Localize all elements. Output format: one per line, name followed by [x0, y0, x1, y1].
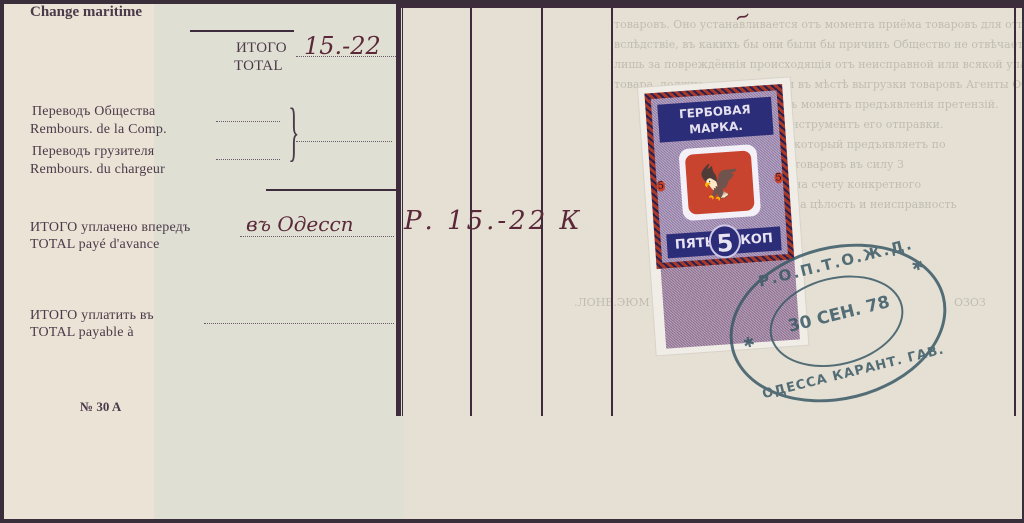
column-divider-main-thin: [402, 4, 403, 416]
stamp-title-banner: ГЕРБОВАЯ МАРКА.: [657, 97, 773, 143]
bleed-through-text: товаровъ. Оно устанавливается отъ момент…: [614, 18, 1022, 31]
stamp-denomination-unit: КОП: [740, 231, 774, 248]
stamp-side-value-left: 5: [657, 180, 666, 192]
reimbursement-company-ru: Переводъ Общества: [32, 104, 155, 120]
reimbursement-shipper-ru: Переводъ грузителя: [32, 144, 154, 160]
bleed-through-text: вслѣдствіе, въ какихъ бы они были бы при…: [614, 38, 1022, 51]
reimbursement-company-fr: Rembours. de la Comp.: [30, 122, 167, 138]
column-divider-right: [1014, 4, 1016, 416]
paid-advance-label-fr: TOTAL payé d'avance: [30, 237, 160, 253]
reimbursement-shipper-fr: Rembours. du chargeur: [30, 162, 165, 178]
column-divider: [611, 4, 613, 416]
bleed-through-text: лишь за повреждённія происходящія отъ не…: [614, 58, 1022, 71]
reimbursement-company-dotted: [216, 121, 280, 122]
bleed-through-text: на счету конкретного: [794, 178, 921, 191]
shipping-receipt-document: товаровъ. Оно устанавливается отъ момент…: [4, 4, 1022, 519]
payable-label-ru: ИТОГО уплатить въ: [30, 308, 154, 324]
paid-advance-label-ru: ИТОГО уплачено впередъ: [30, 220, 190, 236]
double-headed-eagle-icon: 🦅: [685, 158, 754, 206]
reimbursement-total-dotted: [296, 141, 392, 142]
total-top-rule: [190, 30, 294, 32]
column-divider-main: [396, 4, 401, 416]
bleed-through-text: инструментъ его отправки.: [784, 118, 943, 131]
stamp-denomination-value: 5: [708, 223, 742, 259]
stamp-denomination: ПЯТЬ 5 КОП: [666, 226, 781, 258]
stamp-frame: ГЕРБОВАЯ МАРКА. 🦅 5 5 ПЯТЬ 5 КОП: [644, 84, 794, 269]
bleed-through-text: ОЗОЗ: [954, 296, 986, 309]
top-border-rule: [400, 4, 1022, 8]
stamp-shield: 🦅: [678, 144, 761, 221]
bleed-through-text: за цѣлость и неисправность: [794, 198, 957, 211]
payable-label-fr: TOTAL payable à: [30, 325, 134, 341]
bleed-through-text: товаровъ въ силу 3: [794, 158, 904, 171]
total-handwritten-value: 15.-22: [304, 32, 381, 60]
total-label-ru: ИТОГО: [236, 40, 287, 56]
stamp-side-value-right: 5: [774, 172, 783, 184]
paid-advance-place: въ Одессп: [246, 212, 354, 236]
paid-advance-dotted: [240, 236, 394, 237]
star-icon: ✱: [910, 257, 925, 275]
stamp-inner: ГЕРБОВАЯ МАРКА. 🦅 5 5 ПЯТЬ 5 КОП: [651, 90, 788, 262]
change-maritime-label: Change maritime: [30, 4, 142, 21]
bleed-through-text: который предъявляетъ по: [794, 138, 946, 151]
payable-dotted: [204, 323, 394, 324]
bleed-through-text: въ моментъ предъявленія претензій.: [784, 98, 999, 111]
total-label-fr: TOTAL: [234, 58, 283, 74]
brace-icon: }: [288, 92, 299, 172]
reimbursement-shipper-dotted: [216, 159, 280, 160]
stamp-shield-inner: 🦅: [685, 150, 755, 214]
form-number: № 30 A: [80, 399, 121, 415]
star-icon: ✱: [741, 334, 756, 352]
subtotal-rule: [266, 189, 398, 191]
paid-advance-amount: Р. 15.-22 К: [404, 206, 583, 236]
